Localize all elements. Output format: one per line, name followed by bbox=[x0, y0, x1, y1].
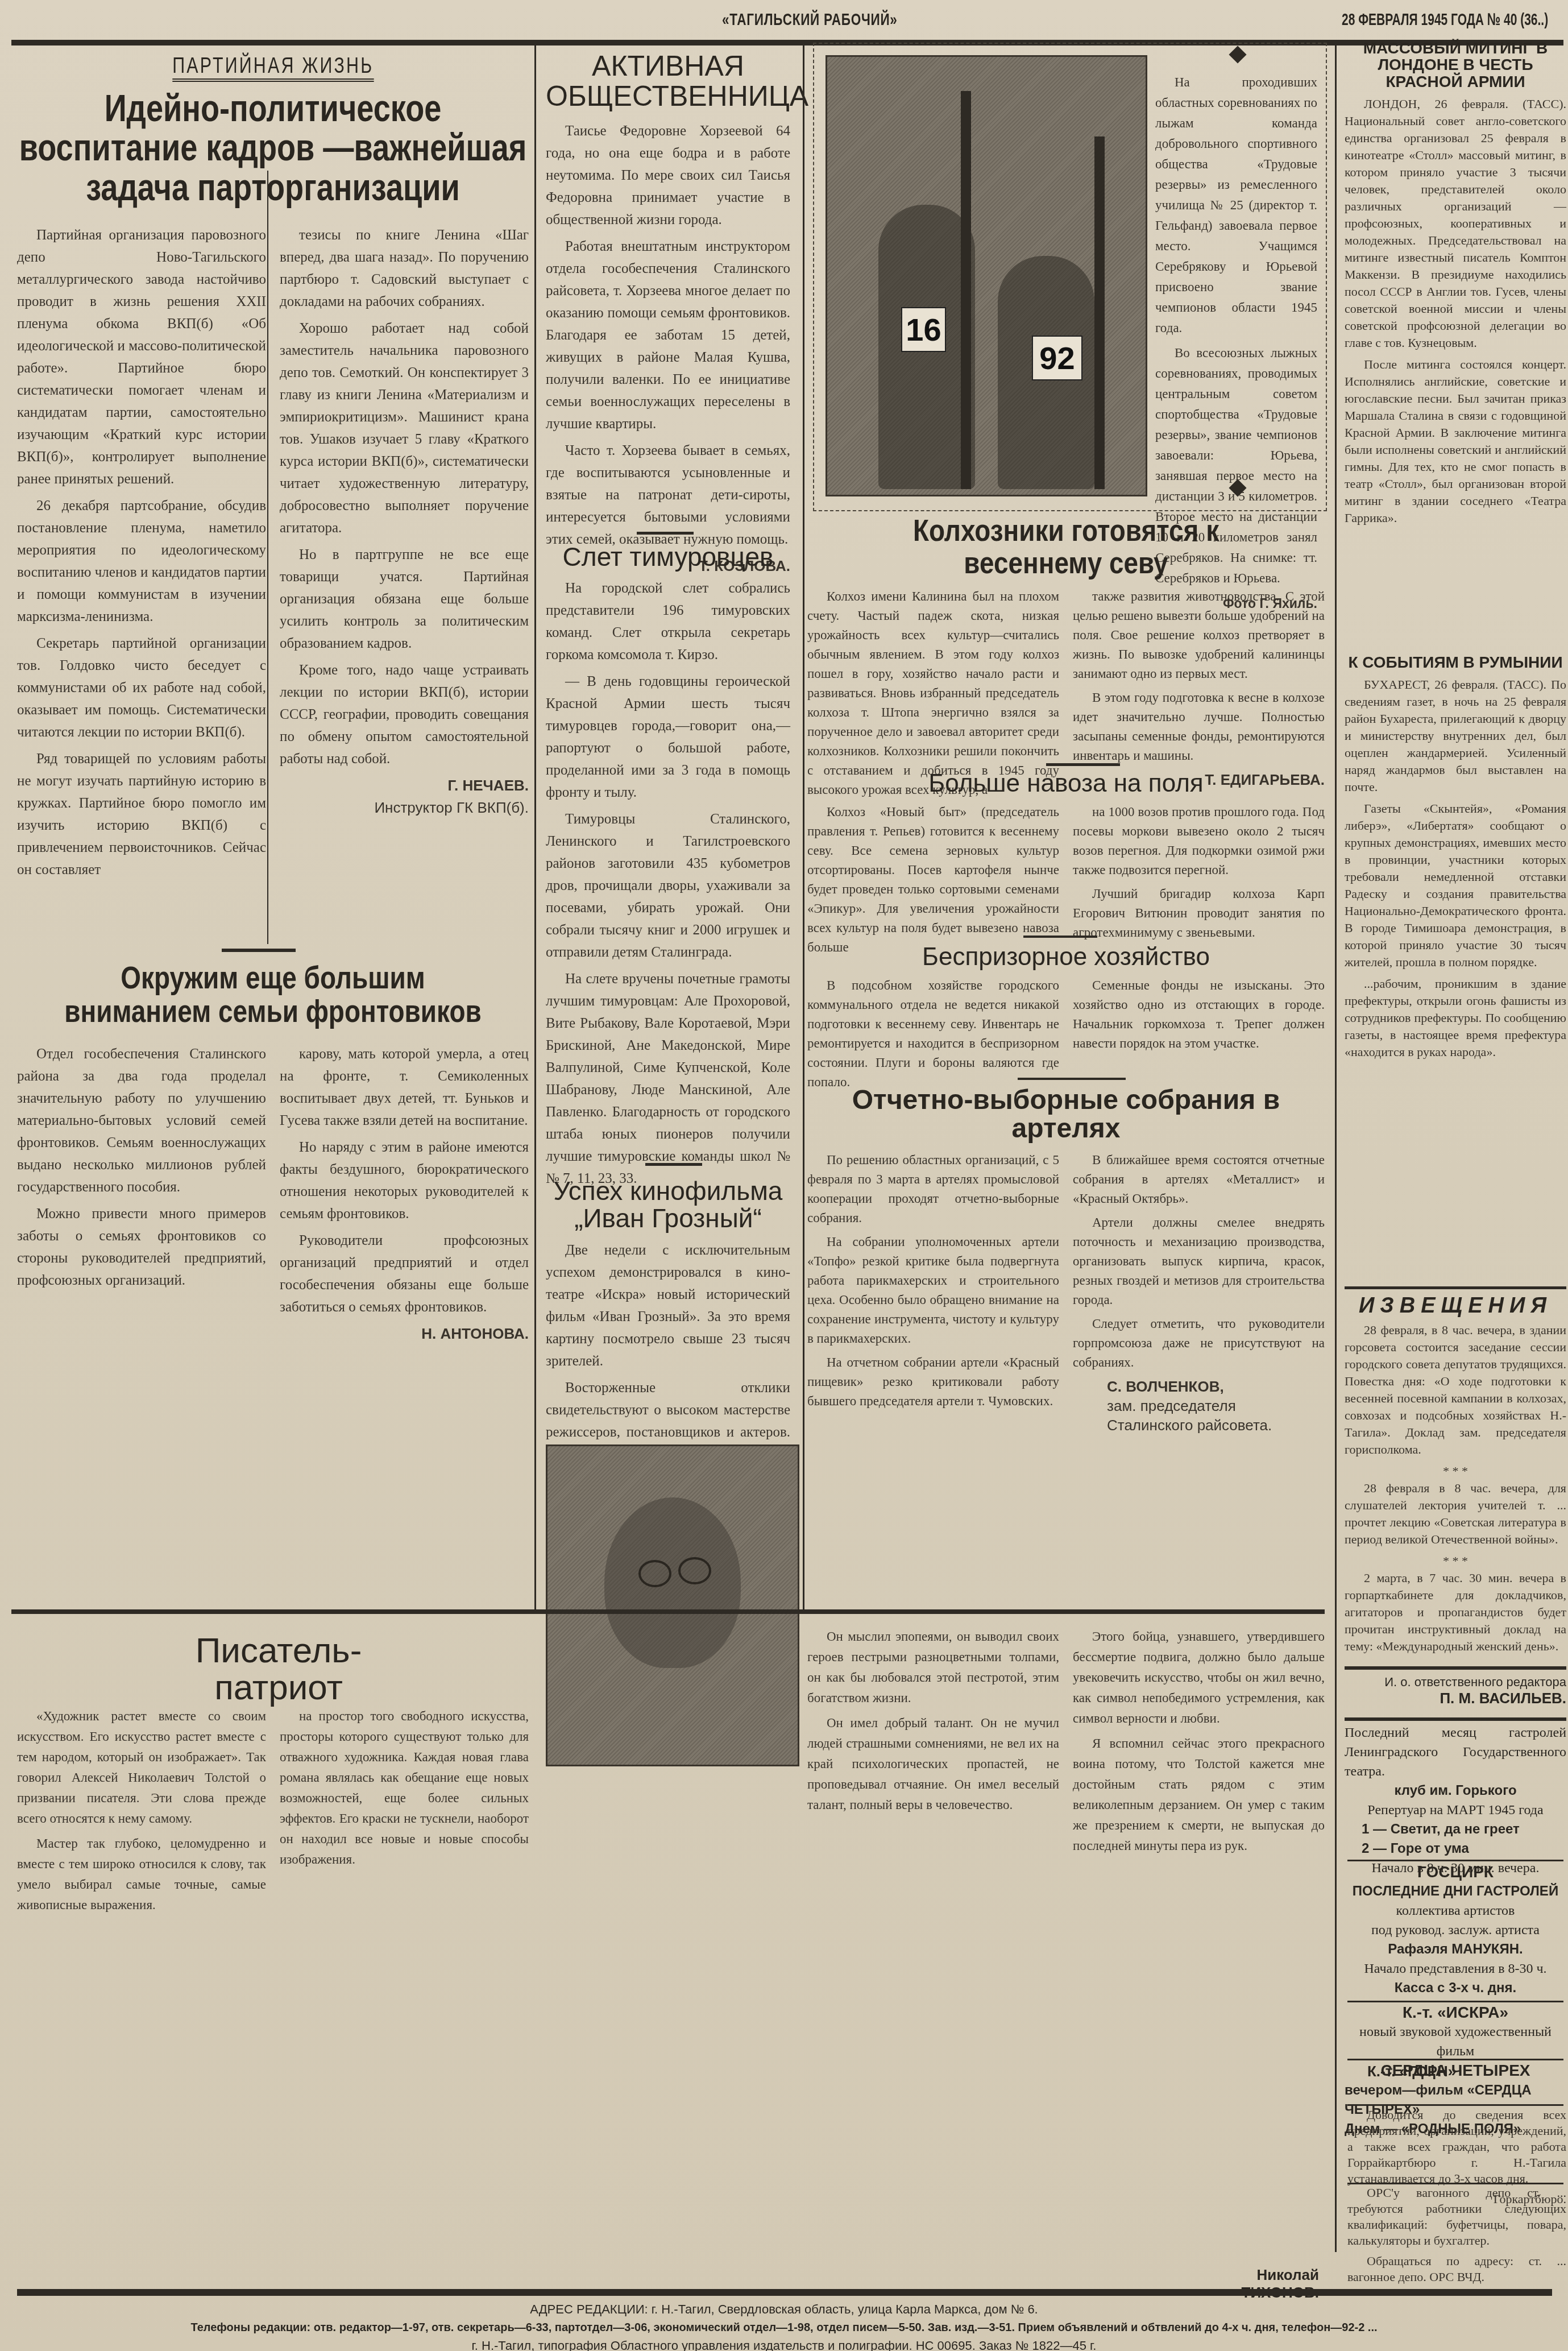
ors-ad: ОРС'у вагонного депо ст. ... требуются р… bbox=[1347, 2185, 1566, 2290]
notice-item: 2 марта, в 7 час. 30 мин. вечера в горпа… bbox=[1345, 1570, 1566, 1655]
footer: АДРЕС РЕДАКЦИИ: г. Н.-Тагил, Свердловска… bbox=[0, 2300, 1568, 2351]
ad-rule bbox=[1347, 2059, 1563, 2060]
paragraph: Колхоз «Новый быт» (председатель правлен… bbox=[807, 802, 1059, 957]
theatre-intro: Последний месяц гастролей Ленинградского… bbox=[1345, 1723, 1566, 1781]
paragraph: После митинга состоялся концерт. Исполня… bbox=[1345, 356, 1566, 527]
paragraph: карову, мать которой умерла, а отец на ф… bbox=[280, 1043, 529, 1132]
rubric-party-life: ПАРТИЙНАЯ ЖИЗНЬ bbox=[172, 54, 374, 82]
signature-name: Г. НЕЧАЕВ. bbox=[280, 775, 529, 797]
artels-article: Отчетно-выборные собрания в артелях По р… bbox=[807, 1086, 1325, 1435]
paragraph: тезисы по книге Ленина «Шаг вперед, два … bbox=[280, 224, 529, 313]
party-life-col2: тезисы по книге Ленина «Шаг вперед, два … bbox=[280, 224, 529, 885]
signature-title: зам. председателя Сталинского райсовета. bbox=[1073, 1396, 1325, 1435]
ornament-rule bbox=[1018, 1078, 1126, 1080]
editor-title: И. о. ответственного редактора bbox=[1345, 1675, 1566, 1690]
paragraph: Можно привести много примеров заботы о с… bbox=[17, 1203, 266, 1292]
paragraph: Ряд товарищей по условиям работы не могу… bbox=[17, 748, 266, 881]
paragraph: На слете вручены почетные грамоты лучшим… bbox=[546, 968, 790, 1190]
paragraph: Партийная организация паровозного депо Н… bbox=[17, 224, 266, 490]
families-headline: Окружим еще большим вниманием семьи фрон… bbox=[63, 961, 483, 1028]
paragraph: Следует отметить, что руководители горпр… bbox=[1073, 1314, 1325, 1372]
paragraph: Он мыслил эпопеями, он выводил своих гер… bbox=[807, 1626, 1059, 1708]
notice-item: 28 февраля в 8 час. вечера, для слушател… bbox=[1345, 1480, 1566, 1548]
paragraph: Работая внештатным инструктором отдела г… bbox=[546, 235, 790, 435]
ski-pole bbox=[1094, 136, 1105, 489]
ad-line: ПОСЛЕДНИЕ ДНИ ГАСТРОЛЕЙ bbox=[1345, 1882, 1566, 1901]
timur-headline: Слет тимуровцев bbox=[546, 543, 790, 570]
ski-photo-block: 16 92 На проходивших областных соревнова… bbox=[813, 43, 1327, 511]
footer-phones: Телефоны редакции: отв. редактор—1-97, о… bbox=[0, 2319, 1568, 2337]
short-rule bbox=[637, 532, 694, 535]
repertoire-title: Репертуар на МАРТ 1945 года bbox=[1345, 1800, 1566, 1820]
ivan-film-headline: Успех кинофильма „Иван Грозный“ bbox=[546, 1177, 790, 1232]
spring-sowing-headline: Колхозники готовятся к весеннему севу bbox=[846, 515, 1286, 579]
top-rule bbox=[11, 40, 1563, 45]
skiers-photo: 16 92 bbox=[826, 55, 1147, 496]
london-article: МАССОВЫЙ МИТИНГ В ЛОНДОНЕ В ЧЕСТЬ КРАСНО… bbox=[1345, 40, 1566, 531]
paragraph: По решению областных организаций, с 5 фе… bbox=[807, 1150, 1059, 1228]
paragraph: Отдел гособеспечения Сталинского района … bbox=[17, 1043, 266, 1198]
manure-article: Больше навоза на поля Колхоз «Новый быт»… bbox=[807, 771, 1325, 962]
issue-date: 28 ФЕВРАЛЯ 1945 ГОДА № 40 (36..) bbox=[1342, 10, 1548, 30]
short-rule bbox=[645, 1163, 702, 1166]
ad-line: коллектива артистов bbox=[1345, 1901, 1566, 1920]
paragraph: На собрании уполномоченных артели «Топфо… bbox=[807, 1232, 1059, 1348]
ad-rule bbox=[1347, 2104, 1563, 2106]
writer-headline: Писатель-патриот bbox=[136, 1632, 421, 1706]
footer-printer: г. Н.-Тагил, типография Областного управ… bbox=[0, 2337, 1568, 2351]
paragraph: Обращаться по адресу: ст. ... вагонное д… bbox=[1347, 2253, 1566, 2285]
active-woman-headline: АКТИВНАЯ ОБЩЕСТВЕННИЦА bbox=[546, 51, 790, 111]
ad-line: Касса с 3-х ч. дня. bbox=[1345, 1979, 1566, 1998]
signature: Н. АНТОНОВА. bbox=[280, 1323, 529, 1345]
signature-name: С. ВОЛЧЕНКОВ, bbox=[1073, 1377, 1325, 1396]
party-life-article: ПАРТИЙНАЯ ЖИЗНЬ Идейно-политическое восп… bbox=[17, 54, 529, 885]
paragraph: БУХАРЕСТ, 26 февраля. (ТАСС). По сведени… bbox=[1345, 676, 1566, 796]
club-name: клуб им. Горького bbox=[1345, 1781, 1566, 1800]
bib-number-right: 92 bbox=[1032, 336, 1082, 380]
editor-block: И. о. ответственного редактора П. М. ВАС… bbox=[1345, 1675, 1566, 1707]
theatre-ad: Последний месяц гастролей Ленинградского… bbox=[1345, 1723, 1566, 1878]
writer-cols-right: Он мыслил эпопеями, он выводил своих гер… bbox=[807, 1626, 1325, 1861]
glasses-right-icon bbox=[678, 1557, 711, 1584]
ad-line: под руковод. заслуж. артиста bbox=[1345, 1920, 1566, 1940]
neglected-farm-article: Беспризорное хозяйство В подсобном хозяй… bbox=[807, 944, 1325, 1096]
column-divider bbox=[1335, 45, 1337, 2252]
timur-rally-article: Слет тимуровцев На городской слет собрал… bbox=[546, 543, 790, 1194]
paragraph: ЛОНДОН, 26 февраля. (ТАСС). Национальный… bbox=[1345, 96, 1566, 351]
short-rule bbox=[1046, 763, 1120, 766]
gorn-title: К.-т. «ГОРН» bbox=[1345, 2062, 1566, 2081]
ad-line: Начало представления в 8-30 ч. bbox=[1345, 1959, 1566, 1979]
circus-title: ГОСЦИРК bbox=[1345, 1862, 1566, 1882]
circus-ad: ГОСЦИРК ПОСЛЕДНИЕ ДНИ ГАСТРОЛЕЙ коллекти… bbox=[1345, 1862, 1566, 1998]
ad-rule bbox=[1347, 2001, 1563, 2002]
paragraph: Тимуровцы Сталинского, Ленинского и Таги… bbox=[546, 808, 790, 963]
paragraph: На городской слет собрались представител… bbox=[546, 577, 790, 666]
artels-headline: Отчетно-выборные собрания в артелях bbox=[807, 1086, 1325, 1144]
paragraph: Но в партгруппе не все еще товарищи учат… bbox=[280, 544, 529, 655]
short-rule bbox=[1023, 936, 1097, 938]
paragraph: Я вспомнил сейчас этого прекрасного воин… bbox=[1073, 1733, 1325, 1856]
column-divider bbox=[534, 45, 536, 1609]
party-life-headline: Идейно-политическое воспитание кадров —в… bbox=[16, 89, 529, 207]
paragraph: Но наряду с этим в районе имеются факты … bbox=[280, 1136, 529, 1225]
ad-rule bbox=[1347, 2183, 1563, 2184]
paragraph: Хорошо работает над собой заместитель на… bbox=[280, 317, 529, 539]
notice-item: 28 февраля, в 8 час. вечера, в здании го… bbox=[1345, 1322, 1566, 1458]
paragraph: Доводится до сведения всех предприятий, … bbox=[1347, 2107, 1566, 2187]
paragraph: Две недели с исключительным успехом демо… bbox=[546, 1239, 790, 1372]
signature-title: Инструктор ГК ВКП(б). bbox=[280, 797, 529, 819]
paragraph: — В день годовщины героической Красной А… bbox=[546, 670, 790, 804]
ad-rule bbox=[1347, 1860, 1563, 1861]
paragraph: Таисье Федоровне Хорзеевой 64 года, но о… bbox=[546, 120, 790, 231]
section-rule bbox=[1345, 1666, 1566, 1670]
ad-line: Рафаэля МАНУКЯН. bbox=[1345, 1940, 1566, 1959]
section-rule bbox=[1345, 1717, 1566, 1721]
spring-sowing-article: Колхозники готовятся к весеннему севу Ко… bbox=[807, 515, 1325, 804]
bottom-rule bbox=[17, 2289, 1552, 2296]
party-life-col1: Партийная организация паровозного депо Н… bbox=[17, 224, 266, 885]
footer-address: АДРЕС РЕДАКЦИИ: г. Н.-Тагил, Свердловска… bbox=[0, 2300, 1568, 2319]
paragraph: Лучший бригадир колхоза Карп Егорович Ви… bbox=[1073, 884, 1325, 942]
paragraph: 26 декабря партсобрание, обсудив постано… bbox=[17, 495, 266, 628]
separator: * * * bbox=[1345, 1463, 1566, 1480]
paragraph: Руководители профсоюзных организаций пре… bbox=[280, 1230, 529, 1318]
paragraph: на 1000 возов против прошлого года. Под … bbox=[1073, 802, 1325, 880]
paragraph: Газеты «Скынтейя», «Романия либерэ», «Ли… bbox=[1345, 800, 1566, 971]
romania-article: К СОБЫТИЯМ В РУМЫНИИ БУХАРЕСТ, 26 феврал… bbox=[1345, 654, 1566, 1065]
paragraph: На проходивших областных соревнованиях п… bbox=[1155, 72, 1317, 338]
play-item: 1 — Светит, да не греет bbox=[1345, 1820, 1566, 1839]
section-rule bbox=[11, 1609, 1325, 1614]
portrait-head-shape bbox=[604, 1497, 741, 1668]
manure-headline: Больше навоза на поля bbox=[807, 771, 1325, 797]
paragraph: Этого бойца, узнавшего, утвердившего бес… bbox=[1073, 1626, 1325, 1729]
play-item: 2 — Горе от ума bbox=[1345, 1839, 1566, 1859]
writer-cols-left: «Художник растет вместе со своим искусст… bbox=[17, 1706, 529, 1920]
paragraph: Он имел добрый талант. Он не мучил людей… bbox=[807, 1713, 1059, 1815]
paragraph: На отчетном собрании артели «Красный пищ… bbox=[807, 1353, 1059, 1411]
ad-line: новый звуковой художественный фильм bbox=[1345, 2022, 1566, 2061]
writer-signature: Николай ТИХОНОВ. bbox=[1194, 2266, 1319, 2302]
london-headline: МАССОВЫЙ МИТИНГ В ЛОНДОНЕ В ЧЕСТЬ КРАСНО… bbox=[1345, 40, 1566, 90]
section-rule bbox=[1345, 1286, 1566, 1289]
paragraph: В ближайшее время состоятся отчетные соб… bbox=[1073, 1150, 1325, 1208]
paragraph: на простор того свободного искусства, пр… bbox=[280, 1706, 529, 1870]
iskra-title: К.-т. «ИСКРА» bbox=[1345, 2003, 1566, 2022]
paragraph: также развития животноводства. С этой це… bbox=[1073, 587, 1325, 684]
paragraph: В этом году подготовка к весне в колхозе… bbox=[1073, 688, 1325, 765]
notices-title: ИЗВЕЩЕНИЯ bbox=[1345, 1294, 1566, 1318]
column-divider bbox=[267, 171, 268, 944]
paragraph: Колхоз имени Калинина был на плохом счет… bbox=[807, 587, 1059, 800]
families-col1: Отдел гособеспечения Сталинского района … bbox=[17, 1043, 266, 1345]
families-article: Окружим еще большим вниманием семьи фрон… bbox=[17, 961, 529, 1345]
bib-number-left: 16 bbox=[901, 307, 946, 352]
ski-pole bbox=[961, 91, 971, 489]
glasses-left-icon bbox=[638, 1560, 671, 1587]
short-rule bbox=[222, 949, 296, 952]
tolstoy-portrait-photo bbox=[546, 1444, 799, 1766]
writer-headline-wrap: Писатель-патриот bbox=[136, 1632, 421, 1706]
paragraph: Секретарь партийной организации тов. Гол… bbox=[17, 632, 266, 743]
paragraph: Кроме того, надо чаще устраивать лекции … bbox=[280, 659, 529, 770]
paragraph: «Художник растет вместе со своим искусст… bbox=[17, 1706, 266, 1829]
active-woman-article: АКТИВНАЯ ОБЩЕСТВЕННИЦА Таисье Федоровне … bbox=[546, 51, 790, 577]
paper-name: «ТАГИЛЬСКИЙ РАБОЧИЙ» bbox=[722, 10, 898, 30]
paragraph: Мастер так глубоко, целомудренно и вмест… bbox=[17, 1833, 266, 1915]
romania-headline: К СОБЫТИЯМ В РУМЫНИИ bbox=[1345, 654, 1566, 670]
column-divider bbox=[803, 45, 804, 1609]
paragraph: Семенные фонды не изысканы. Это хозяйств… bbox=[1073, 976, 1325, 1053]
newspaper-page: «ТАГИЛЬСКИЙ РАБОЧИЙ» 28 ФЕВРАЛЯ 1945 ГОД… bbox=[0, 0, 1568, 2351]
paragraph: ...рабочим, проникшим в здание префектур… bbox=[1345, 975, 1566, 1061]
notices-section: ИЗВЕЩЕНИЯ 28 февраля, в 8 час. вечера, в… bbox=[1345, 1294, 1566, 1659]
diamond-ornament-icon bbox=[1229, 45, 1246, 63]
separator: * * * bbox=[1345, 1553, 1566, 1570]
neglected-headline: Беспризорное хозяйство bbox=[807, 944, 1325, 970]
paragraph: В подсобном хозяйстве городского коммуна… bbox=[807, 976, 1059, 1092]
paragraph: Артели должны смелее внедрять поточность… bbox=[1073, 1213, 1325, 1310]
families-col2: карову, мать которой умерла, а отец на ф… bbox=[280, 1043, 529, 1345]
paragraph: ОРС'у вагонного депо ст. ... требуются р… bbox=[1347, 2185, 1566, 2249]
masthead: «ТАГИЛЬСКИЙ РАБОЧИЙ» 28 ФЕВРАЛЯ 1945 ГОД… bbox=[0, 0, 1568, 40]
editor-name: П. М. ВАСИЛЬЕВ. bbox=[1345, 1690, 1566, 1707]
